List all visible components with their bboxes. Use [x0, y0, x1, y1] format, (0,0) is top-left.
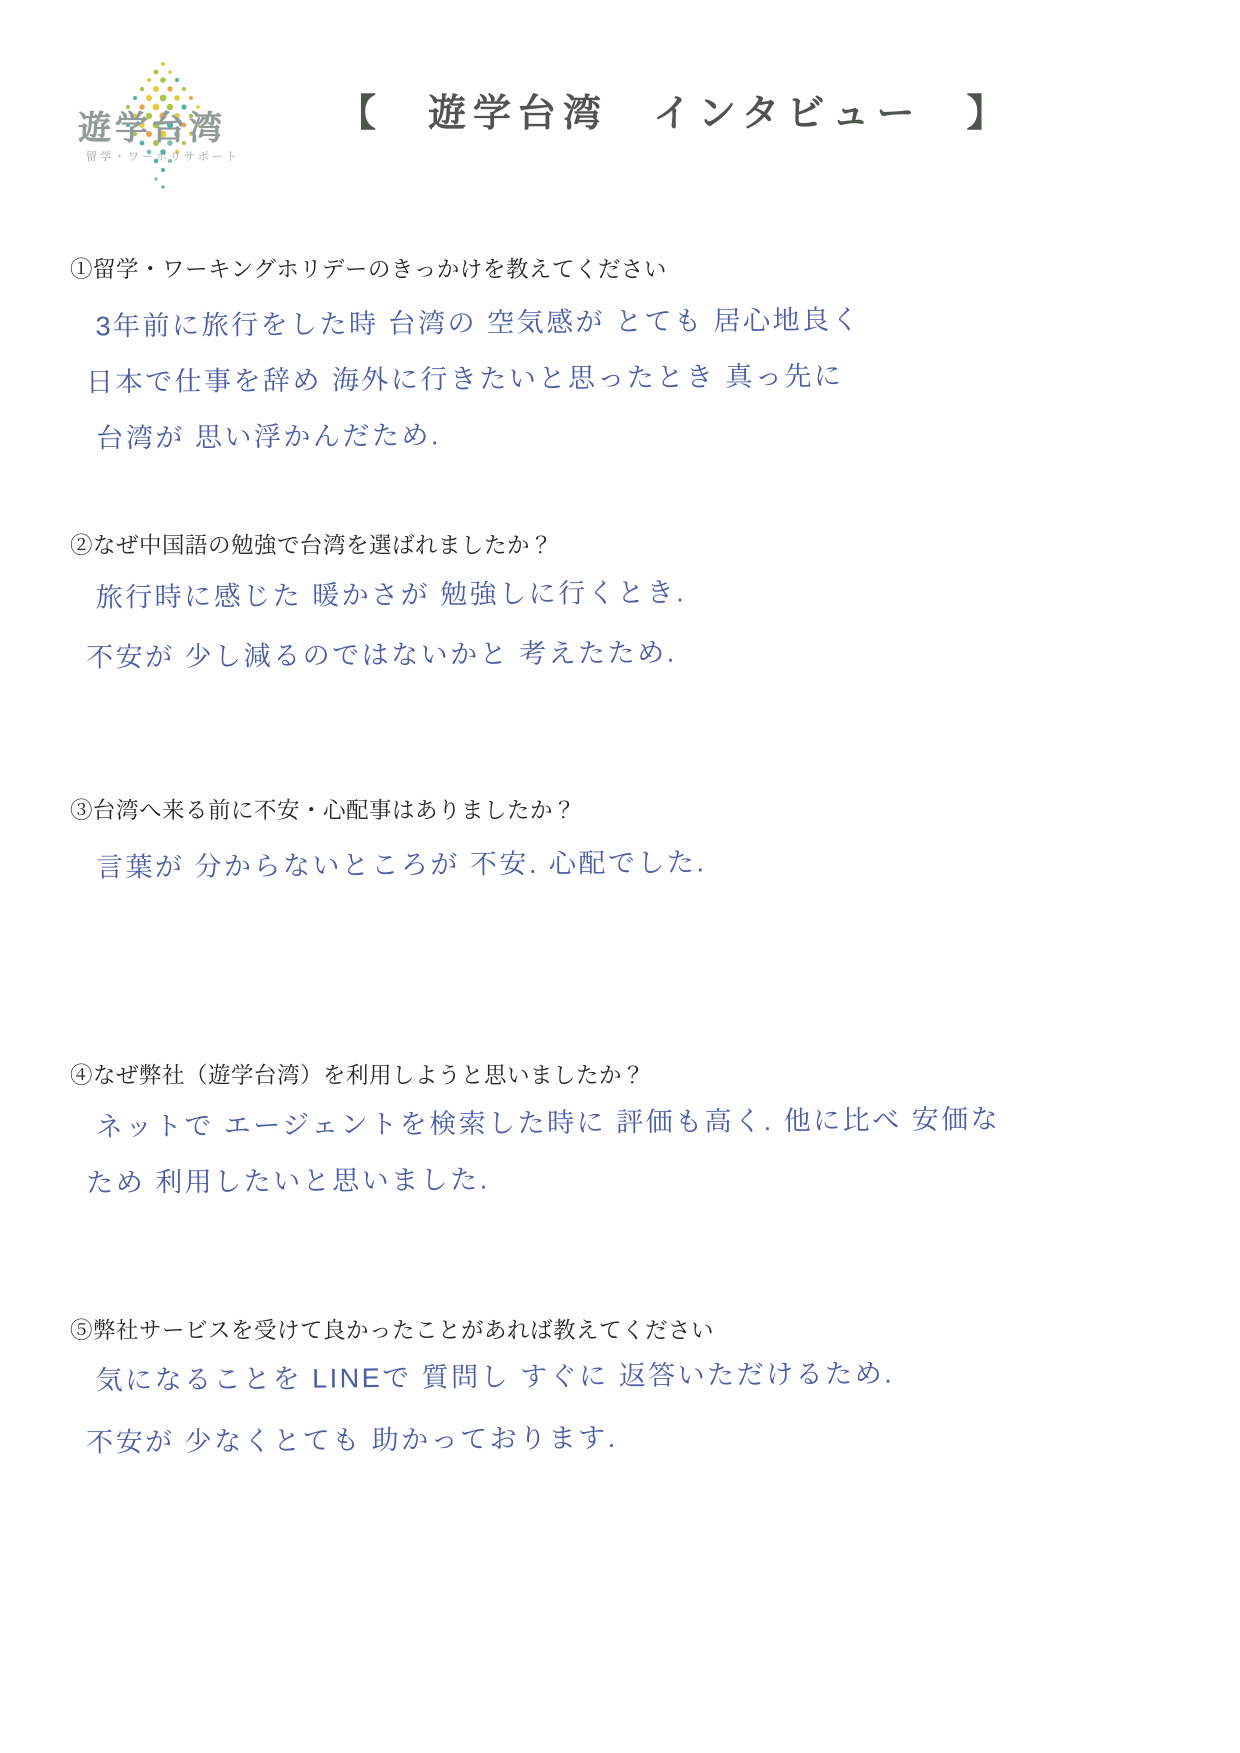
question-5-label: ⑤弊社サービスを受けて良かったことがあれば教えてください [70, 1313, 714, 1345]
scanned-interview-page: 遊学台湾 留学・ワーホリサポート 【 遊学台湾 インタビュー 】 ①留学・ワーキ… [0, 0, 1240, 1753]
handwritten-line: 言葉が 分からないところが 不安. 心配でした. [96, 837, 707, 898]
logo-subtitle: 留学・ワーホリサポート [86, 148, 240, 164]
page-title: 【 遊学台湾 インタビュー 】 [338, 82, 1011, 137]
question-1-answer: 3年前に旅行をした時 台湾の 空気感が とても 居心地良く 日本で仕事を辞め 海… [95, 295, 862, 470]
question-4-label: ④なぜ弊社（遊学台湾）を利用しようと思いましたか？ [70, 1058, 645, 1090]
question-3-label: ③台湾へ来る前に不安・心配事はありましたか？ [70, 793, 576, 825]
handwritten-line: 不安が 少なくとても 助かっております. [86, 1411, 895, 1480]
question-3-answer: 言葉が 分からないところが 不安. 心配でした. [96, 837, 707, 898]
handwritten-line: 日本で仕事を辞め 海外に行きたいと思ったとき 真っ先に [86, 351, 862, 414]
logo: 遊学台湾 留学・ワーホリサポート [70, 58, 290, 193]
logo-text: 遊学台湾 [78, 102, 226, 149]
handwritten-line: 3年前に旅行をした時 台湾の 空気感が とても 居心地良く [95, 295, 861, 358]
question-4-answer: ネットで エージェントを検索した時に 評価も高く. 他に比べ 安価な ため 利用… [96, 1094, 1001, 1214]
question-2-label: ②なぜ中国語の勉強で台湾を選ばれましたか？ [70, 528, 553, 560]
handwritten-line: ネットで エージェントを検索した時に 評価も高く. 他に比べ 安価な [96, 1094, 1001, 1158]
handwritten-line: 台湾が 思い浮かんだため. [96, 407, 862, 470]
question-2-answer: 旅行時に感じた 暖かさが 勉強しに行くとき. 不安が 少し減るのではないかと 考… [95, 567, 687, 692]
handwritten-line: 旅行時に感じた 暖かさが 勉強しに行くとき. [95, 567, 686, 632]
handwritten-line: ため 利用したいと思いました. [86, 1150, 1001, 1214]
handwritten-line: 気になることを LINEで 質問し すぐに 返答いただけるため. [95, 1349, 894, 1418]
handwritten-line: 不安が 少し減るのではないかと 考えたため. [86, 627, 687, 692]
question-1-label: ①留学・ワーキングホリデーのきっかけを教えてください [70, 252, 667, 284]
question-5-answer: 気になることを LINEで 質問し すぐに 返答いただけるため. 不安が 少なく… [95, 1349, 895, 1480]
